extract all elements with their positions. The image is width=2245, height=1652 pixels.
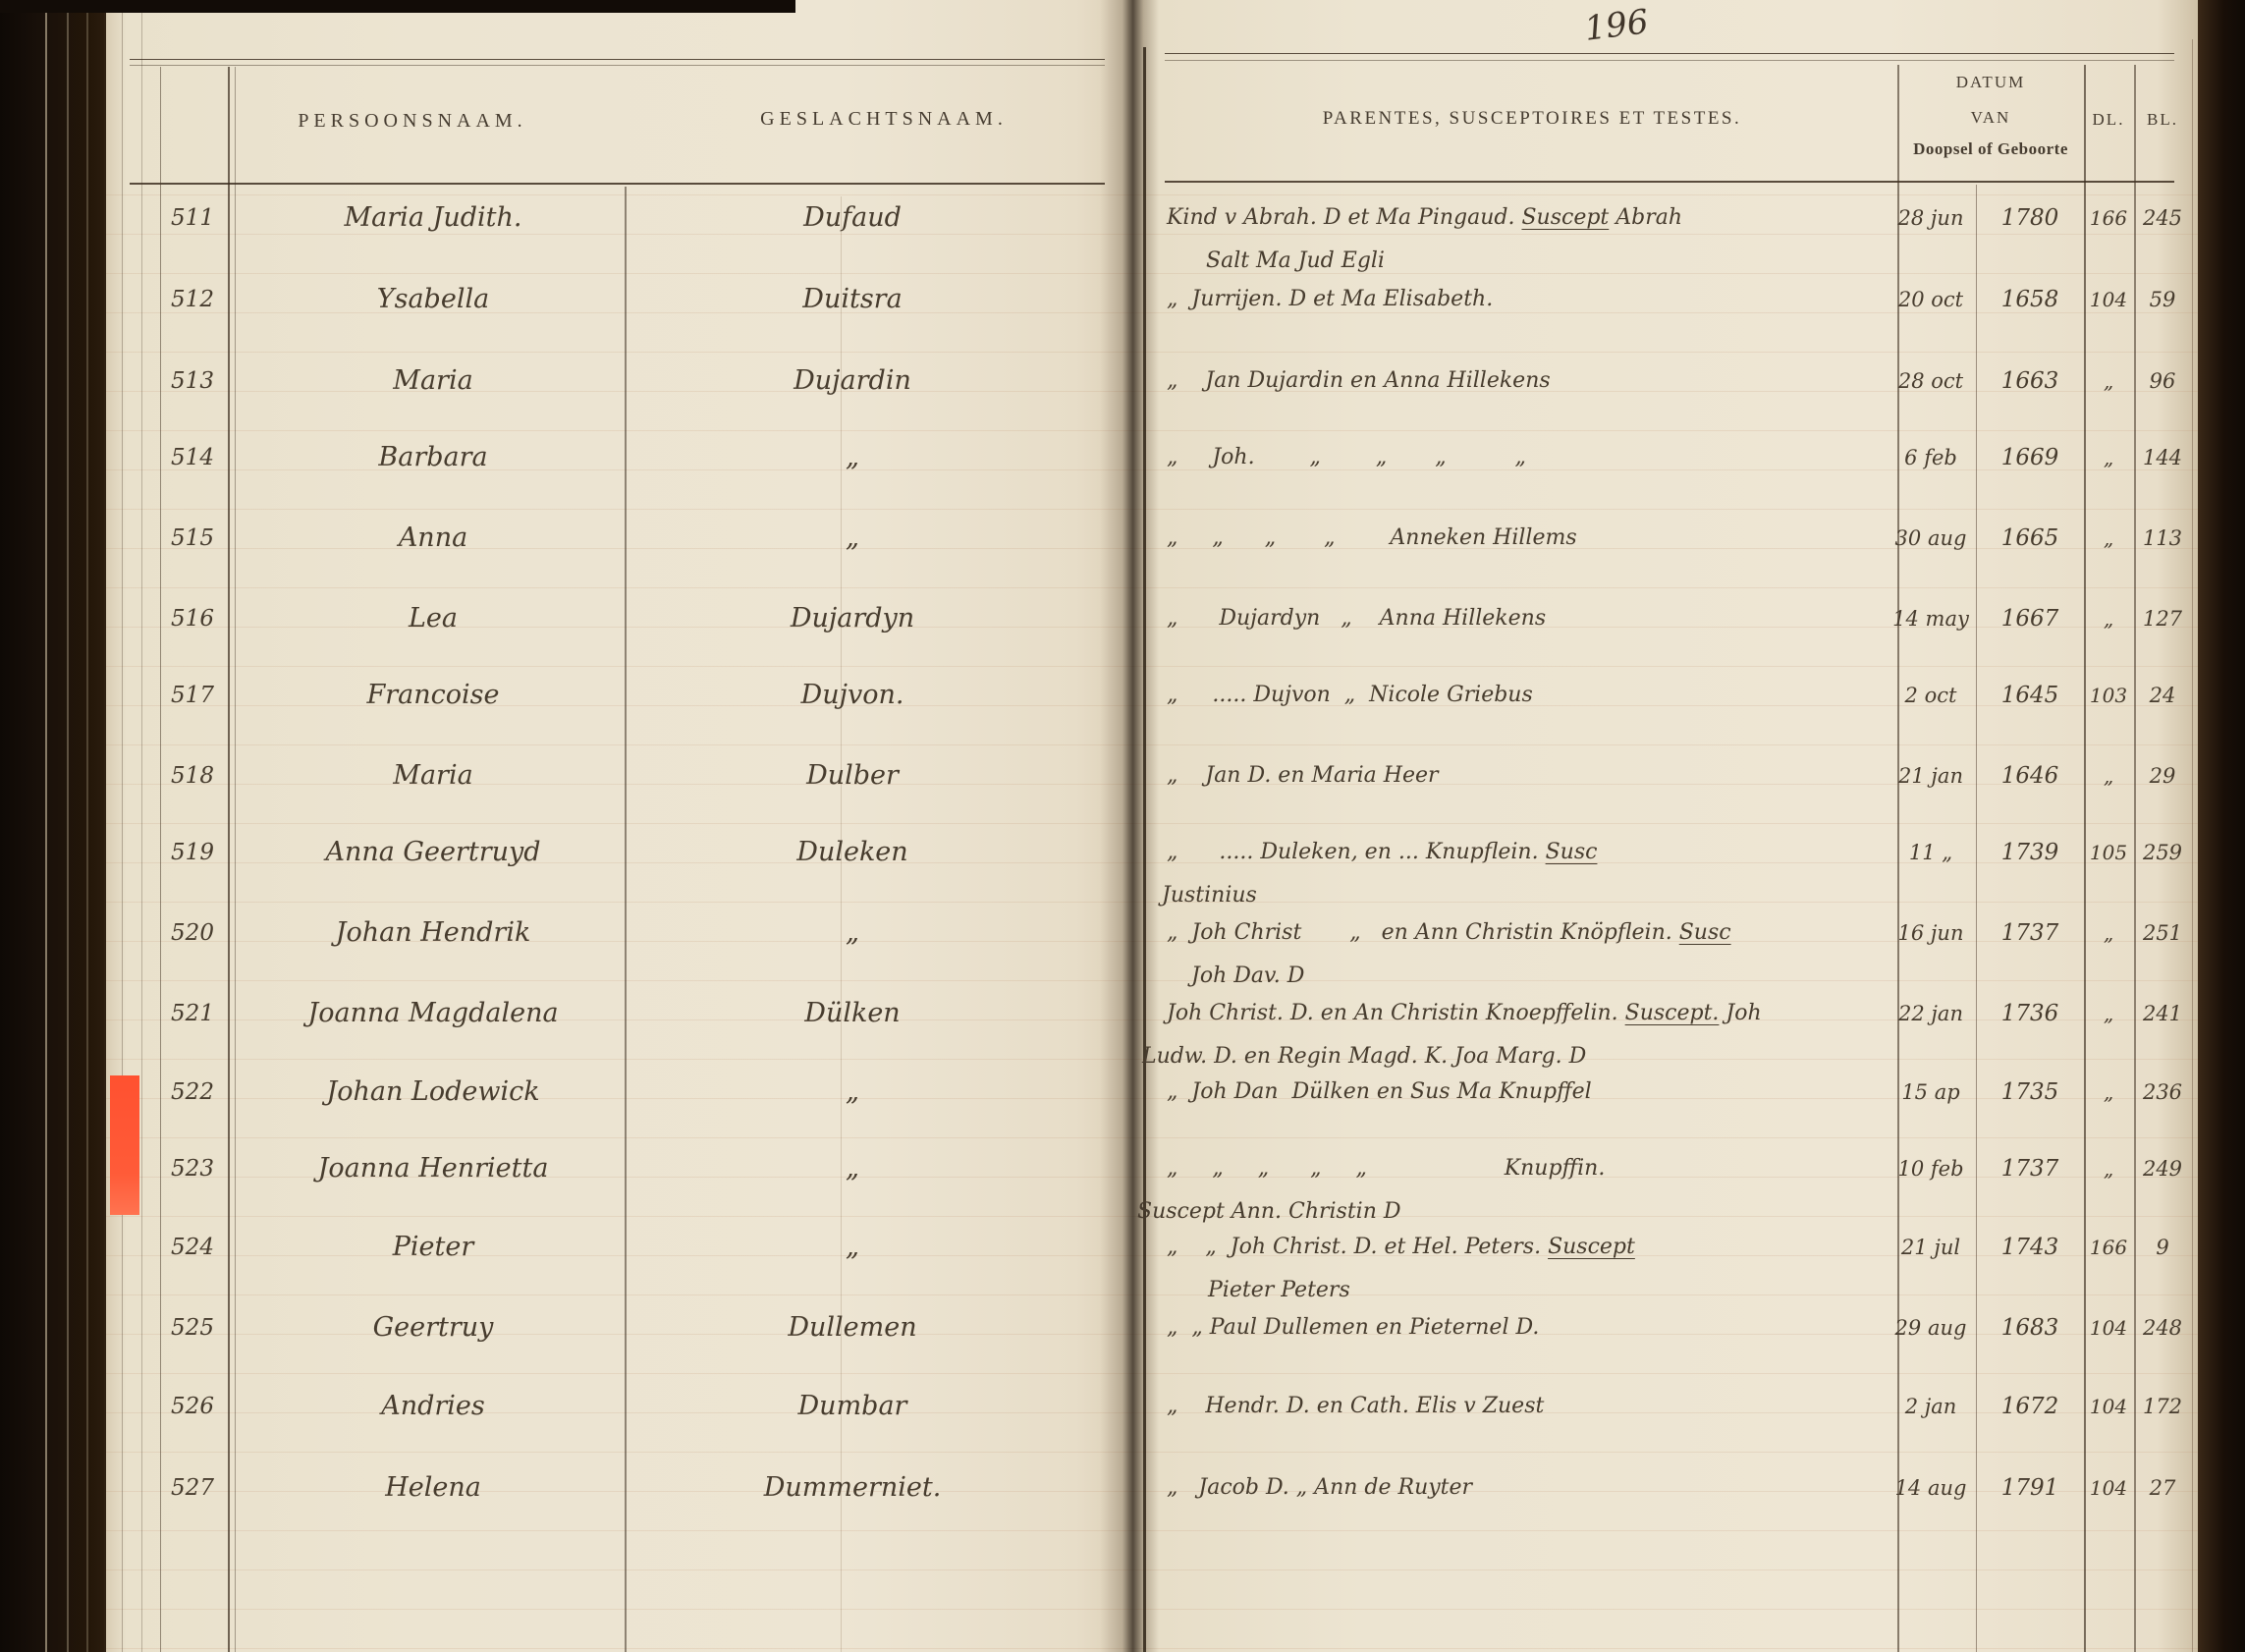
parentes-line: „ Jan D. en Maria Heer	[1167, 752, 1913, 799]
baptism-day: 15 ap	[1884, 1069, 1978, 1116]
given-name: Joanna Magdalena	[242, 990, 625, 1037]
parentes-line: „ Jurrijen. D et Ma Elisabeth.	[1167, 276, 1913, 323]
bl-value: 172	[2133, 1383, 2192, 1430]
bl-value: 251	[2133, 909, 2192, 957]
dl-value: „	[2084, 595, 2133, 642]
surname: Dülken	[638, 990, 1067, 1037]
row-number: 523	[155, 1145, 230, 1192]
baptism-day: 21 jan	[1884, 752, 1978, 799]
surname: Dumbar	[638, 1383, 1067, 1430]
baptism-day: 28 oct	[1884, 358, 1978, 405]
given-name: Pieter	[242, 1224, 625, 1271]
surname: Dujardyn	[638, 595, 1067, 642]
text-segment: „ ..... Duleken, en ... Knupflein.	[1167, 840, 1546, 864]
baptism-day: 29 aug	[1884, 1304, 1978, 1351]
baptism-year: 1735	[1978, 1069, 2082, 1116]
given-name: Maria	[242, 358, 625, 405]
surname: „	[638, 1224, 1067, 1271]
dl-value: 166	[2084, 1224, 2133, 1271]
baptism-year: 1663	[1978, 358, 2082, 405]
dl-value: 103	[2084, 672, 2133, 719]
underlined-word: Suscept.	[1625, 1001, 1720, 1025]
row-number: 525	[155, 1304, 230, 1351]
baptism-year: 1658	[1978, 276, 2082, 323]
bl-value: 127	[2133, 595, 2192, 642]
parentes-line: „ „ „ „ „ Knupffin.	[1167, 1145, 1913, 1192]
baptism-day: 22 jan	[1884, 990, 1978, 1037]
row-number: 515	[155, 515, 230, 562]
surname: „	[638, 515, 1067, 562]
baptism-day: 20 oct	[1884, 276, 1978, 323]
surname: „	[638, 909, 1067, 957]
given-name: Anna Geertruyd	[242, 829, 625, 876]
baptism-day: 28 jun	[1884, 194, 1978, 242]
parentes-line: „ „ Paul Dullemen en Pieternel D.	[1167, 1304, 1913, 1351]
dl-value: „	[2084, 909, 2133, 957]
text-segment: „ Joh Christ „ en Ann Christin Knöpflein…	[1167, 920, 1679, 945]
text-segment: Justinius	[1162, 883, 1257, 908]
text-segment: Joh Dav. D	[1191, 964, 1304, 988]
baptism-year: 1780	[1978, 194, 2082, 242]
bl-value: 144	[2133, 434, 2192, 481]
parentes-line: „ Hendr. D. en Cath. Elis v Zuest	[1167, 1383, 1913, 1430]
baptism-day: 30 aug	[1884, 515, 1978, 562]
parentes-line: „ Jacob D. „ Ann de Ruyter	[1167, 1464, 1913, 1512]
dl-value: „	[2084, 1069, 2133, 1116]
baptism-day: 2 jan	[1884, 1383, 1978, 1430]
scanned-register-page: { "page": { "number": "196" }, "headers"…	[0, 0, 2245, 1652]
given-name: Barbara	[242, 434, 625, 481]
text-segment: Kind v Abrah. D et Ma Pingaud.	[1167, 205, 1521, 230]
bl-value: 9	[2133, 1224, 2192, 1271]
baptism-year: 1791	[1978, 1464, 2082, 1512]
bl-value: 24	[2133, 672, 2192, 719]
row-number: 522	[155, 1069, 230, 1116]
baptism-day: 16 jun	[1884, 909, 1978, 957]
bl-value: 249	[2133, 1145, 2192, 1192]
surname: „	[638, 1145, 1067, 1192]
bl-value: 29	[2133, 752, 2192, 799]
baptism-year: 1665	[1978, 515, 2082, 562]
surname: Duleken	[638, 829, 1067, 876]
dl-value: „	[2084, 515, 2133, 562]
row-number: 524	[155, 1224, 230, 1271]
bl-value: 59	[2133, 276, 2192, 323]
bl-value: 27	[2133, 1464, 2192, 1512]
dl-value: „	[2084, 434, 2133, 481]
underlined-word: Suscept	[1548, 1235, 1635, 1259]
parentes-line: „ Joh. „ „ „ „	[1167, 434, 1913, 481]
surname: „	[638, 1069, 1067, 1116]
dl-value: 104	[2084, 276, 2133, 323]
parentes-line: „ ..... Dujvon „ Nicole Griebus	[1167, 672, 1913, 719]
parentes-line: „ Joh Christ „ en Ann Christin Knöpflein…	[1167, 909, 1913, 957]
dl-value: „	[2084, 358, 2133, 405]
given-name: Ysabella	[242, 276, 625, 323]
surname: Duitsra	[638, 276, 1067, 323]
row-number: 514	[155, 434, 230, 481]
given-name: Johan Lodewick	[242, 1069, 625, 1116]
given-name: Maria Judith.	[242, 194, 625, 242]
text-segment: „ Jan Dujardin en Anna Hillekens	[1167, 368, 1551, 393]
baptism-year: 1672	[1978, 1383, 2082, 1430]
text-segment: Abrah	[1609, 205, 1682, 230]
surname: „	[638, 434, 1067, 481]
dl-value: 105	[2084, 829, 2133, 876]
parentes-line: Joh Christ. D. en An Christin Knoepffeli…	[1167, 990, 1913, 1037]
baptism-day: 14 aug	[1884, 1464, 1978, 1512]
given-name: Anna	[242, 515, 625, 562]
baptism-year: 1667	[1978, 595, 2082, 642]
dl-value: 104	[2084, 1464, 2133, 1512]
bl-value: 113	[2133, 515, 2192, 562]
row-number: 517	[155, 672, 230, 719]
row-number: 519	[155, 829, 230, 876]
text-segment: Ludw. D. en Regin Magd. K. Joa Marg. D	[1142, 1044, 1586, 1069]
parentes-line: „ Jan Dujardin en Anna Hillekens	[1167, 358, 1913, 405]
text-segment: „ „ Joh Christ. D. et Hel. Peters.	[1167, 1235, 1548, 1259]
rows-layer: 511Maria Judith.DufaudKind v Abrah. D et…	[0, 0, 2245, 1652]
baptism-year: 1683	[1978, 1304, 2082, 1351]
surname: Dummerniet.	[638, 1464, 1067, 1512]
given-name: Maria	[242, 752, 625, 799]
baptism-day: 21 jul	[1884, 1224, 1978, 1271]
baptism-year: 1743	[1978, 1224, 2082, 1271]
bl-value: 241	[2133, 990, 2192, 1037]
given-name: Helena	[242, 1464, 625, 1512]
text-segment: „ „ „ „ „ Knupffin.	[1167, 1156, 1605, 1181]
surname: Dujardin	[638, 358, 1067, 405]
dl-value: 166	[2084, 194, 2133, 242]
given-name: Joanna Henrietta	[242, 1145, 625, 1192]
given-name: Johan Hendrik	[242, 909, 625, 957]
baptism-year: 1645	[1978, 672, 2082, 719]
bl-value: 96	[2133, 358, 2192, 405]
parentes-line: „ „ Joh Christ. D. et Hel. Peters. Susce…	[1167, 1224, 1913, 1271]
text-segment: „ Jurrijen. D et Ma Elisabeth.	[1167, 287, 1493, 311]
bl-value: 236	[2133, 1069, 2192, 1116]
row-number: 527	[155, 1464, 230, 1512]
text-segment: „ ..... Dujvon „ Nicole Griebus	[1167, 683, 1533, 707]
dl-value: „	[2084, 1145, 2133, 1192]
given-name: Geertruy	[242, 1304, 625, 1351]
row-number: 513	[155, 358, 230, 405]
dl-value: 104	[2084, 1383, 2133, 1430]
text-segment: „ Joh Dan Dülken en Sus Ma Knupffel	[1167, 1079, 1592, 1104]
underlined-word: Susc	[1679, 920, 1731, 945]
dl-value: 104	[2084, 1304, 2133, 1351]
text-segment: „ Hendr. D. en Cath. Elis v Zuest	[1167, 1394, 1544, 1418]
row-number: 516	[155, 595, 230, 642]
underlined-word: Suscept	[1521, 205, 1609, 230]
text-segment: „ Joh. „ „ „ „	[1167, 445, 1526, 469]
baptism-year: 1669	[1978, 434, 2082, 481]
parentes-line: „ ..... Duleken, en ... Knupflein. Susc	[1167, 829, 1913, 876]
text-segment: Salt Ma Jud Egli	[1206, 248, 1385, 273]
row-number: 512	[155, 276, 230, 323]
baptism-year: 1737	[1978, 909, 2082, 957]
surname: Dufaud	[638, 194, 1067, 242]
baptism-day: 2 oct	[1884, 672, 1978, 719]
row-number: 521	[155, 990, 230, 1037]
dl-value: „	[2084, 752, 2133, 799]
bl-value: 245	[2133, 194, 2192, 242]
row-number: 526	[155, 1383, 230, 1430]
text-segment: Joh Christ. D. en An Christin Knoepffeli…	[1167, 1001, 1625, 1025]
text-segment: „ Dujardyn „ Anna Hillekens	[1167, 606, 1546, 631]
row-number: 511	[155, 194, 230, 242]
baptism-year: 1646	[1978, 752, 2082, 799]
text-segment: Pieter Peters	[1208, 1278, 1350, 1302]
text-segment: Joh	[1719, 1001, 1761, 1025]
surname: Dullemen	[638, 1304, 1067, 1351]
baptism-day: 6 feb	[1884, 434, 1978, 481]
surname: Dujvon.	[638, 672, 1067, 719]
text-segment: „ „ „ „ Anneken Hillems	[1167, 525, 1577, 550]
text-segment: „ „ Paul Dullemen en Pieternel D.	[1167, 1315, 1539, 1340]
baptism-day: 11 „	[1884, 829, 1978, 876]
parentes-line: „ „ „ „ Anneken Hillems	[1167, 515, 1913, 562]
given-name: Francoise	[242, 672, 625, 719]
baptism-day: 14 may	[1884, 595, 1978, 642]
given-name: Lea	[242, 595, 625, 642]
row-number: 518	[155, 752, 230, 799]
surname: Dulber	[638, 752, 1067, 799]
baptism-year: 1739	[1978, 829, 2082, 876]
parentes-line: „ Dujardyn „ Anna Hillekens	[1167, 595, 1913, 642]
given-name: Andries	[242, 1383, 625, 1430]
text-segment: „ Jacob D. „ Ann de Ruyter	[1167, 1475, 1472, 1500]
parentes-line: Kind v Abrah. D et Ma Pingaud. Suscept A…	[1167, 194, 1913, 242]
baptism-year: 1736	[1978, 990, 2082, 1037]
text-segment: Suscept Ann. Christin D	[1137, 1199, 1401, 1224]
text-segment: „ Jan D. en Maria Heer	[1167, 763, 1439, 788]
dl-value: „	[2084, 990, 2133, 1037]
parentes-line: „ Joh Dan Dülken en Sus Ma Knupffel	[1167, 1069, 1913, 1116]
baptism-year: 1737	[1978, 1145, 2082, 1192]
baptism-day: 10 feb	[1884, 1145, 1978, 1192]
underlined-word: Susc	[1546, 840, 1598, 864]
bl-value: 248	[2133, 1304, 2192, 1351]
bl-value: 259	[2133, 829, 2192, 876]
row-number: 520	[155, 909, 230, 957]
